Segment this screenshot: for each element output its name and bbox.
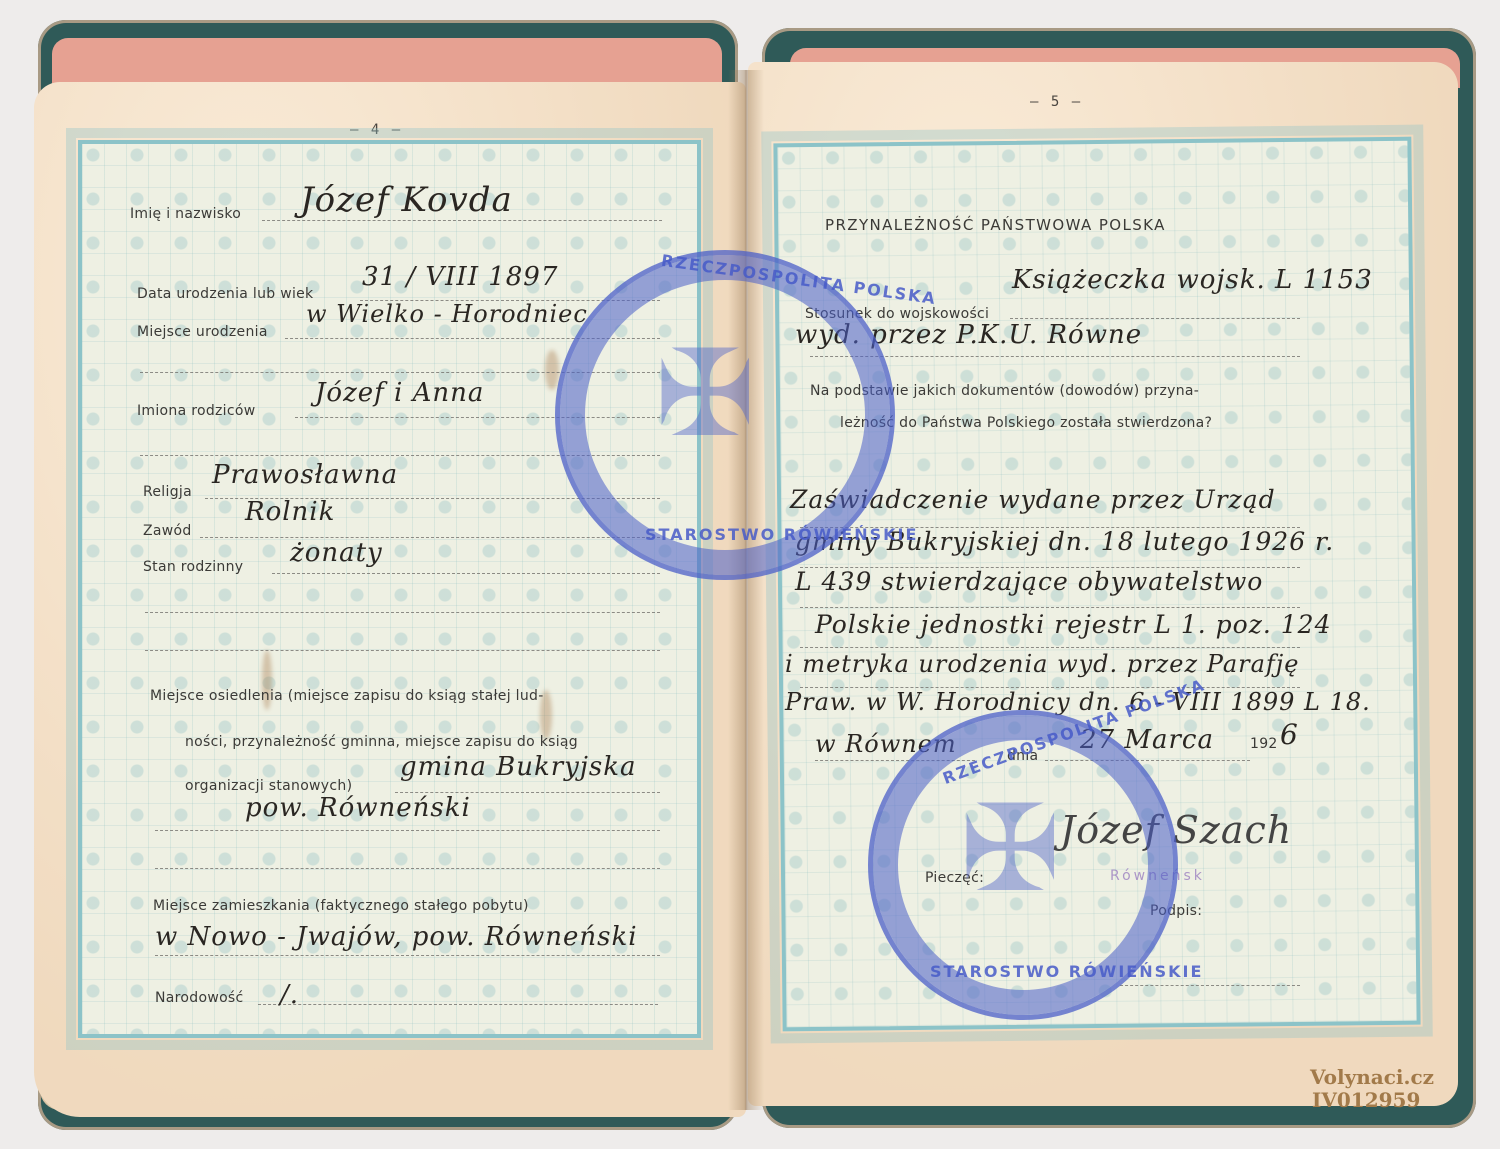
value-military-line1: Książeczka wojsk. L 1153 xyxy=(1012,265,1373,295)
label-name: Imię i nazwisko xyxy=(130,206,241,222)
year-prefix: 192 xyxy=(1250,736,1278,752)
page-number-left: — 4 — xyxy=(350,122,402,138)
book-gutter xyxy=(728,70,764,1110)
label-residence: Miejsce zamieszkania (faktycznego stałeg… xyxy=(153,898,529,914)
dotted-line xyxy=(800,647,1300,648)
label-settlement-line2: ności, przynależność gminna, miejsce zap… xyxy=(185,734,578,750)
label-parents: Imiona rodziców xyxy=(137,403,255,419)
label-settlement-line1: Miejsce osiedlenia (miejsce zapisu do ks… xyxy=(150,688,544,704)
dotted-line xyxy=(145,650,660,651)
value-settlement-line2: pow. Równeński xyxy=(245,793,471,823)
value-marital-status: żonaty xyxy=(290,538,383,568)
dotted-line xyxy=(155,955,660,956)
answer-line: i metryka urodzenia wyd. przez Parafję xyxy=(785,650,1299,678)
value-nationality: /. xyxy=(280,980,299,1010)
dotted-line xyxy=(1120,985,1300,986)
value-settlement-line1: gmina Bukryjska xyxy=(400,752,637,782)
value-occupation: Rolnik xyxy=(245,497,335,527)
answer-line: Praw. w W. Horodnicy dn. 6 - VIII 1899 L… xyxy=(785,688,1371,716)
stamp-inner-text: STAROSTWO RÓWIEŃSKIE xyxy=(930,962,1203,981)
label-marital-status: Stan rodzinny xyxy=(143,559,243,575)
watermark-site: Volynaci.cz xyxy=(1310,1067,1434,1087)
label-nationality: Narodowość xyxy=(155,990,244,1006)
question-line2: leżność do Państwa Polskiego została stw… xyxy=(840,415,1212,431)
stamp-inner-text: STAROSTWO RÓWIEŃSKIE xyxy=(645,525,918,544)
dotted-line xyxy=(262,220,662,221)
eagle-emblem-icon: ✠ xyxy=(655,335,756,455)
value-religion: Prawosławna xyxy=(212,460,398,490)
label-occupation: Zawód xyxy=(143,523,192,539)
dotted-line xyxy=(800,607,1300,608)
dotted-line xyxy=(1010,318,1300,319)
label-birth-date: Data urodzenia lub wiek xyxy=(137,286,313,302)
value-parents: Józef i Anna xyxy=(315,378,484,408)
eagle-emblem-icon: ✠ xyxy=(960,790,1061,910)
watermark-id: IV012959 xyxy=(1312,1090,1420,1110)
value-name: Józef Kovda xyxy=(300,180,513,220)
answer-line: L 439 stwierdzające obywatelstwo xyxy=(795,567,1263,596)
value-birth-date: 31 / VIII 1897 xyxy=(362,262,558,292)
label-religion: Religja xyxy=(143,484,192,500)
dotted-line xyxy=(258,1004,658,1005)
value-birth-place: w Wielko - Horodniec xyxy=(306,300,588,328)
page-number-right: — 5 — xyxy=(1030,94,1082,110)
answer-line: Polskie jednostki rejestr L 1. poz. 124 xyxy=(815,610,1332,639)
dotted-line xyxy=(145,612,660,613)
label-birth-place: Miejsce urodzenia xyxy=(137,324,268,340)
value-residence: w Nowo - Jwajów, pow. Równeński xyxy=(155,922,638,952)
dotted-line xyxy=(272,573,660,574)
dotted-line xyxy=(155,830,660,831)
label-settlement-line3: organizacji stanowych) xyxy=(185,778,352,794)
year-suffix: 6 xyxy=(1280,718,1299,751)
citizenship-heading: PRZYNALEŻNOŚĆ PAŃSTWOWA POLSKA xyxy=(825,216,1166,234)
dotted-line xyxy=(155,868,660,869)
dotted-line xyxy=(200,537,660,538)
